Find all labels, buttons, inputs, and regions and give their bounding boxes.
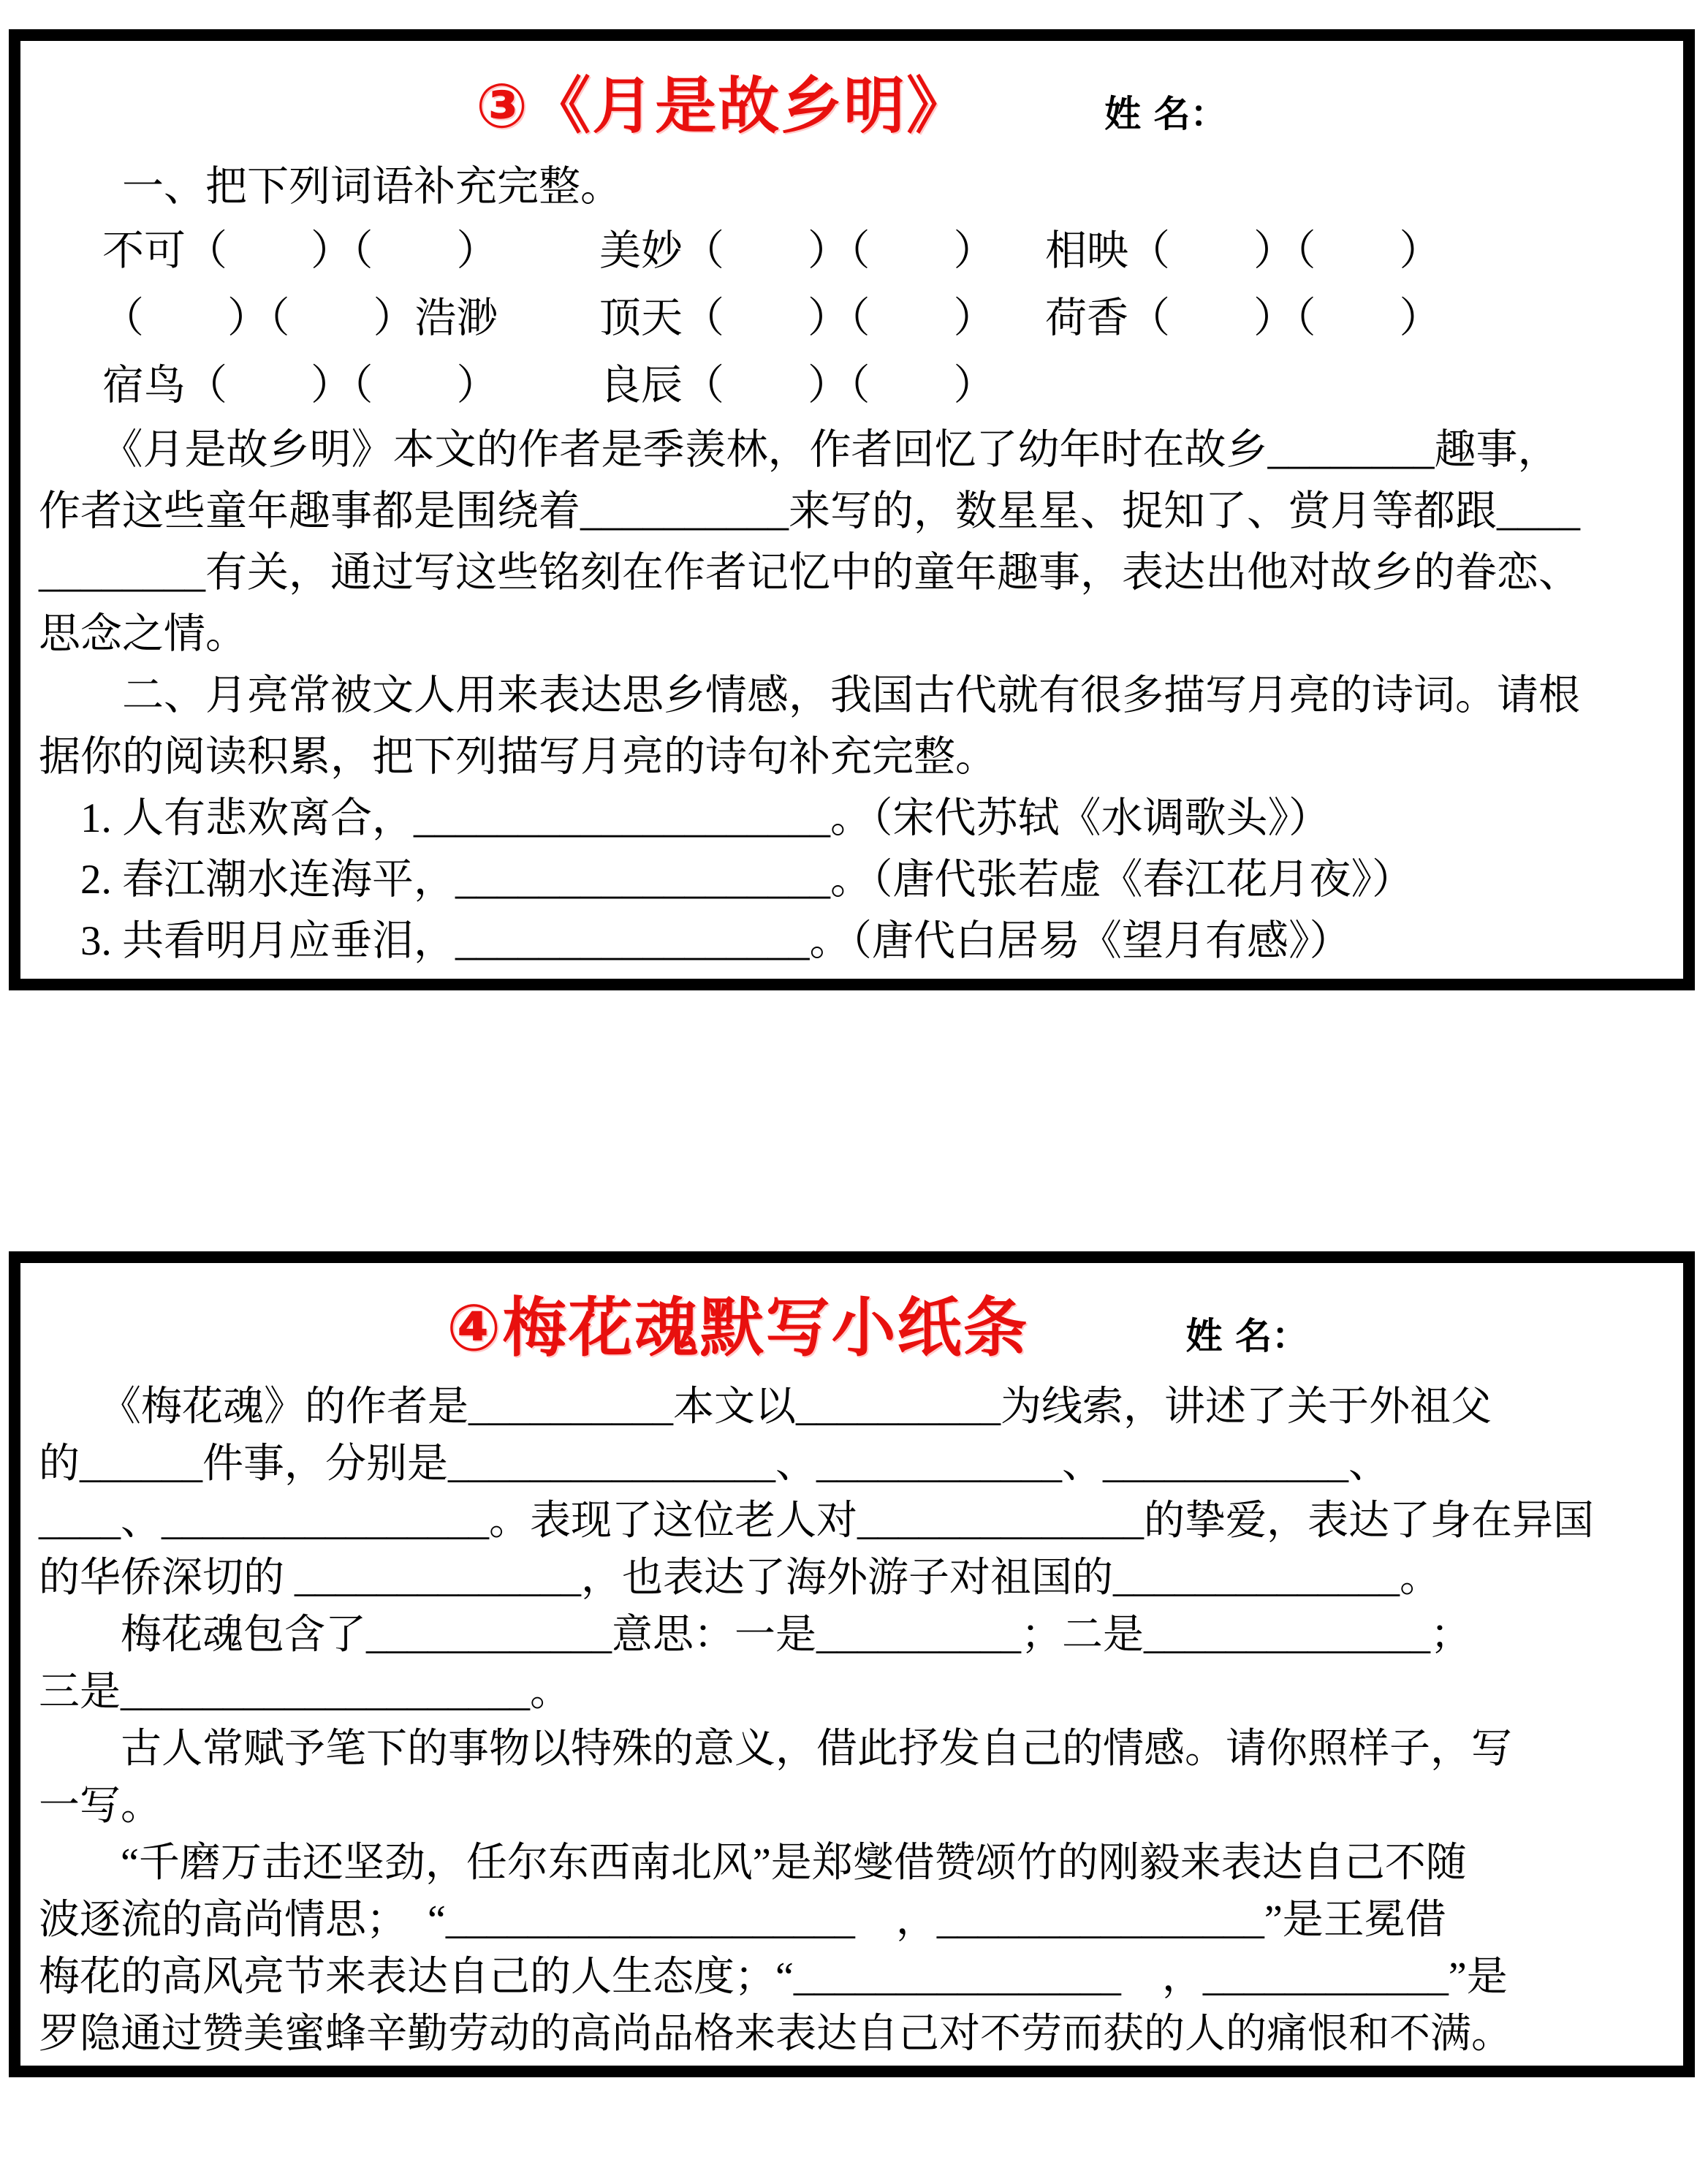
section-number-icon: ④ — [447, 1290, 503, 1365]
word-blank-cell: 美妙（ ）（ ） — [599, 218, 1045, 285]
worksheet-card-meihuahun: ④梅花魂默写小纸条 姓 名： 《梅花魂》的作者是__________本文以___… — [9, 1251, 1695, 2077]
card2-text-line: 的华侨深切的 ______________，也表达了海外游子对祖国的______… — [39, 1550, 1664, 1607]
card1-section2-line: 二、月亮常被文人用来表达思乡情感，我国古代就有很多描写月亮的诗词。请根 — [39, 665, 1664, 727]
card2-title-row: ④梅花魂默写小纸条 姓 名： — [39, 1289, 1664, 1367]
word-completion-grid: 不可（ ）（ ） 美妙（ ）（ ） 相映（ ）（ ） （ ）（ ）浩渺 顶天（ … — [102, 218, 1664, 420]
card2-text-line: 梅花的高风亮节来表达自己的人生态度；“________________ ，___… — [39, 1949, 1664, 2006]
word-blank-cell: 相映（ ）（ ） — [1045, 218, 1664, 285]
card1-title-text: 《月是故乡明》 — [529, 70, 969, 142]
worksheet-card-moon: ③《月是故乡明》 姓 名： 一、把下列词语补充完整。 不可（ ）（ ） 美妙（ … — [9, 29, 1695, 990]
word-blank-cell: 顶天（ ）（ ） — [599, 285, 1045, 352]
word-blank-cell: 荷香（ ）（ ） — [1045, 285, 1664, 352]
card2-text-line: 一写。 — [39, 1778, 1664, 1835]
card1-name-label: 姓 名： — [1104, 85, 1226, 137]
card1-paragraph-line: 《月是故乡明》本文的作者是季羡林，作者回忆了幼年时在故乡________趣事， — [39, 420, 1664, 481]
card2-title: ④梅花魂默写小纸条 — [447, 1289, 1029, 1367]
card2-text-line: 古人常赋予笔下的事物以特殊的意义，借此抒发自己的情感。请你照样子，写 — [39, 1721, 1664, 1778]
card2-text-line: 波逐流的高尚情思； “____________________ ，_______… — [39, 1892, 1664, 1949]
word-blank-cell: 不可（ ）（ ） — [102, 218, 599, 285]
poem-fill-item: 3. 共看明月应垂泪，_________________。（唐代白居易《望月有感… — [39, 911, 1664, 972]
poem-fill-item: 2. 春江潮水连海平，__________________。（唐代张若虚《春江花… — [39, 849, 1664, 911]
card1-paragraph-line: 作者这些童年趣事都是围绕着__________来写的，数星星、捉知了、赏月等都跟… — [39, 481, 1664, 542]
card2-text-line: 梅花魂包含了____________意思：一是__________；二是____… — [39, 1607, 1664, 1664]
card2-text-line: ____、________________。表现了这位老人对__________… — [39, 1493, 1664, 1550]
poem-fill-item: 1. 人有悲欢离合，____________________。（宋代苏轼《水调歌… — [39, 788, 1664, 849]
card2-name-label: 姓 名： — [1186, 1307, 1308, 1360]
card2-text-line: 的______件事，分别是________________、__________… — [39, 1436, 1664, 1493]
card2-text-line: 《梅花魂》的作者是__________本文以__________为线索，讲述了关… — [39, 1379, 1664, 1436]
card1-title-row: ③《月是故乡明》 姓 名： — [39, 67, 1664, 145]
section-number-icon: ③ — [476, 70, 529, 142]
card2-text-line: 三是____________________。 — [39, 1664, 1664, 1721]
card1-section2-line: 据你的阅读积累，把下列描写月亮的诗句补充完整。 — [39, 727, 1664, 788]
card2-title-text: 梅花魂默写小纸条 — [503, 1290, 1029, 1365]
worksheet-page: { "page": { "background": "#ffffff" }, "… — [0, 0, 1708, 2165]
word-blank-cell: （ ）（ ）浩渺 — [102, 285, 599, 352]
word-blank-cell: 良辰（ ）（ ） — [599, 352, 1045, 420]
word-blank-cell — [1045, 352, 1664, 420]
card1-section1-heading: 一、把下列词语补充完整。 — [39, 156, 1664, 218]
card1-paragraph-line: ________有关，通过写这些铭刻在作者记忆中的童年趣事，表达出他对故乡的眷恋… — [39, 542, 1664, 604]
card1-title: ③《月是故乡明》 — [476, 67, 969, 145]
card1-paragraph-line: 思念之情。 — [39, 604, 1664, 665]
card2-text-line: 罗隐通过赞美蜜蜂辛勤劳动的高尚品格来表达自己对不劳而获的人的痛恨和不满。 — [39, 2006, 1664, 2063]
card2-text-line: “千磨万击还坚劲，任尔东西南北风”是郑燮借赞颂竹的刚毅来表达自己不随 — [39, 1835, 1664, 1892]
word-blank-cell: 宿鸟（ ）（ ） — [102, 352, 599, 420]
